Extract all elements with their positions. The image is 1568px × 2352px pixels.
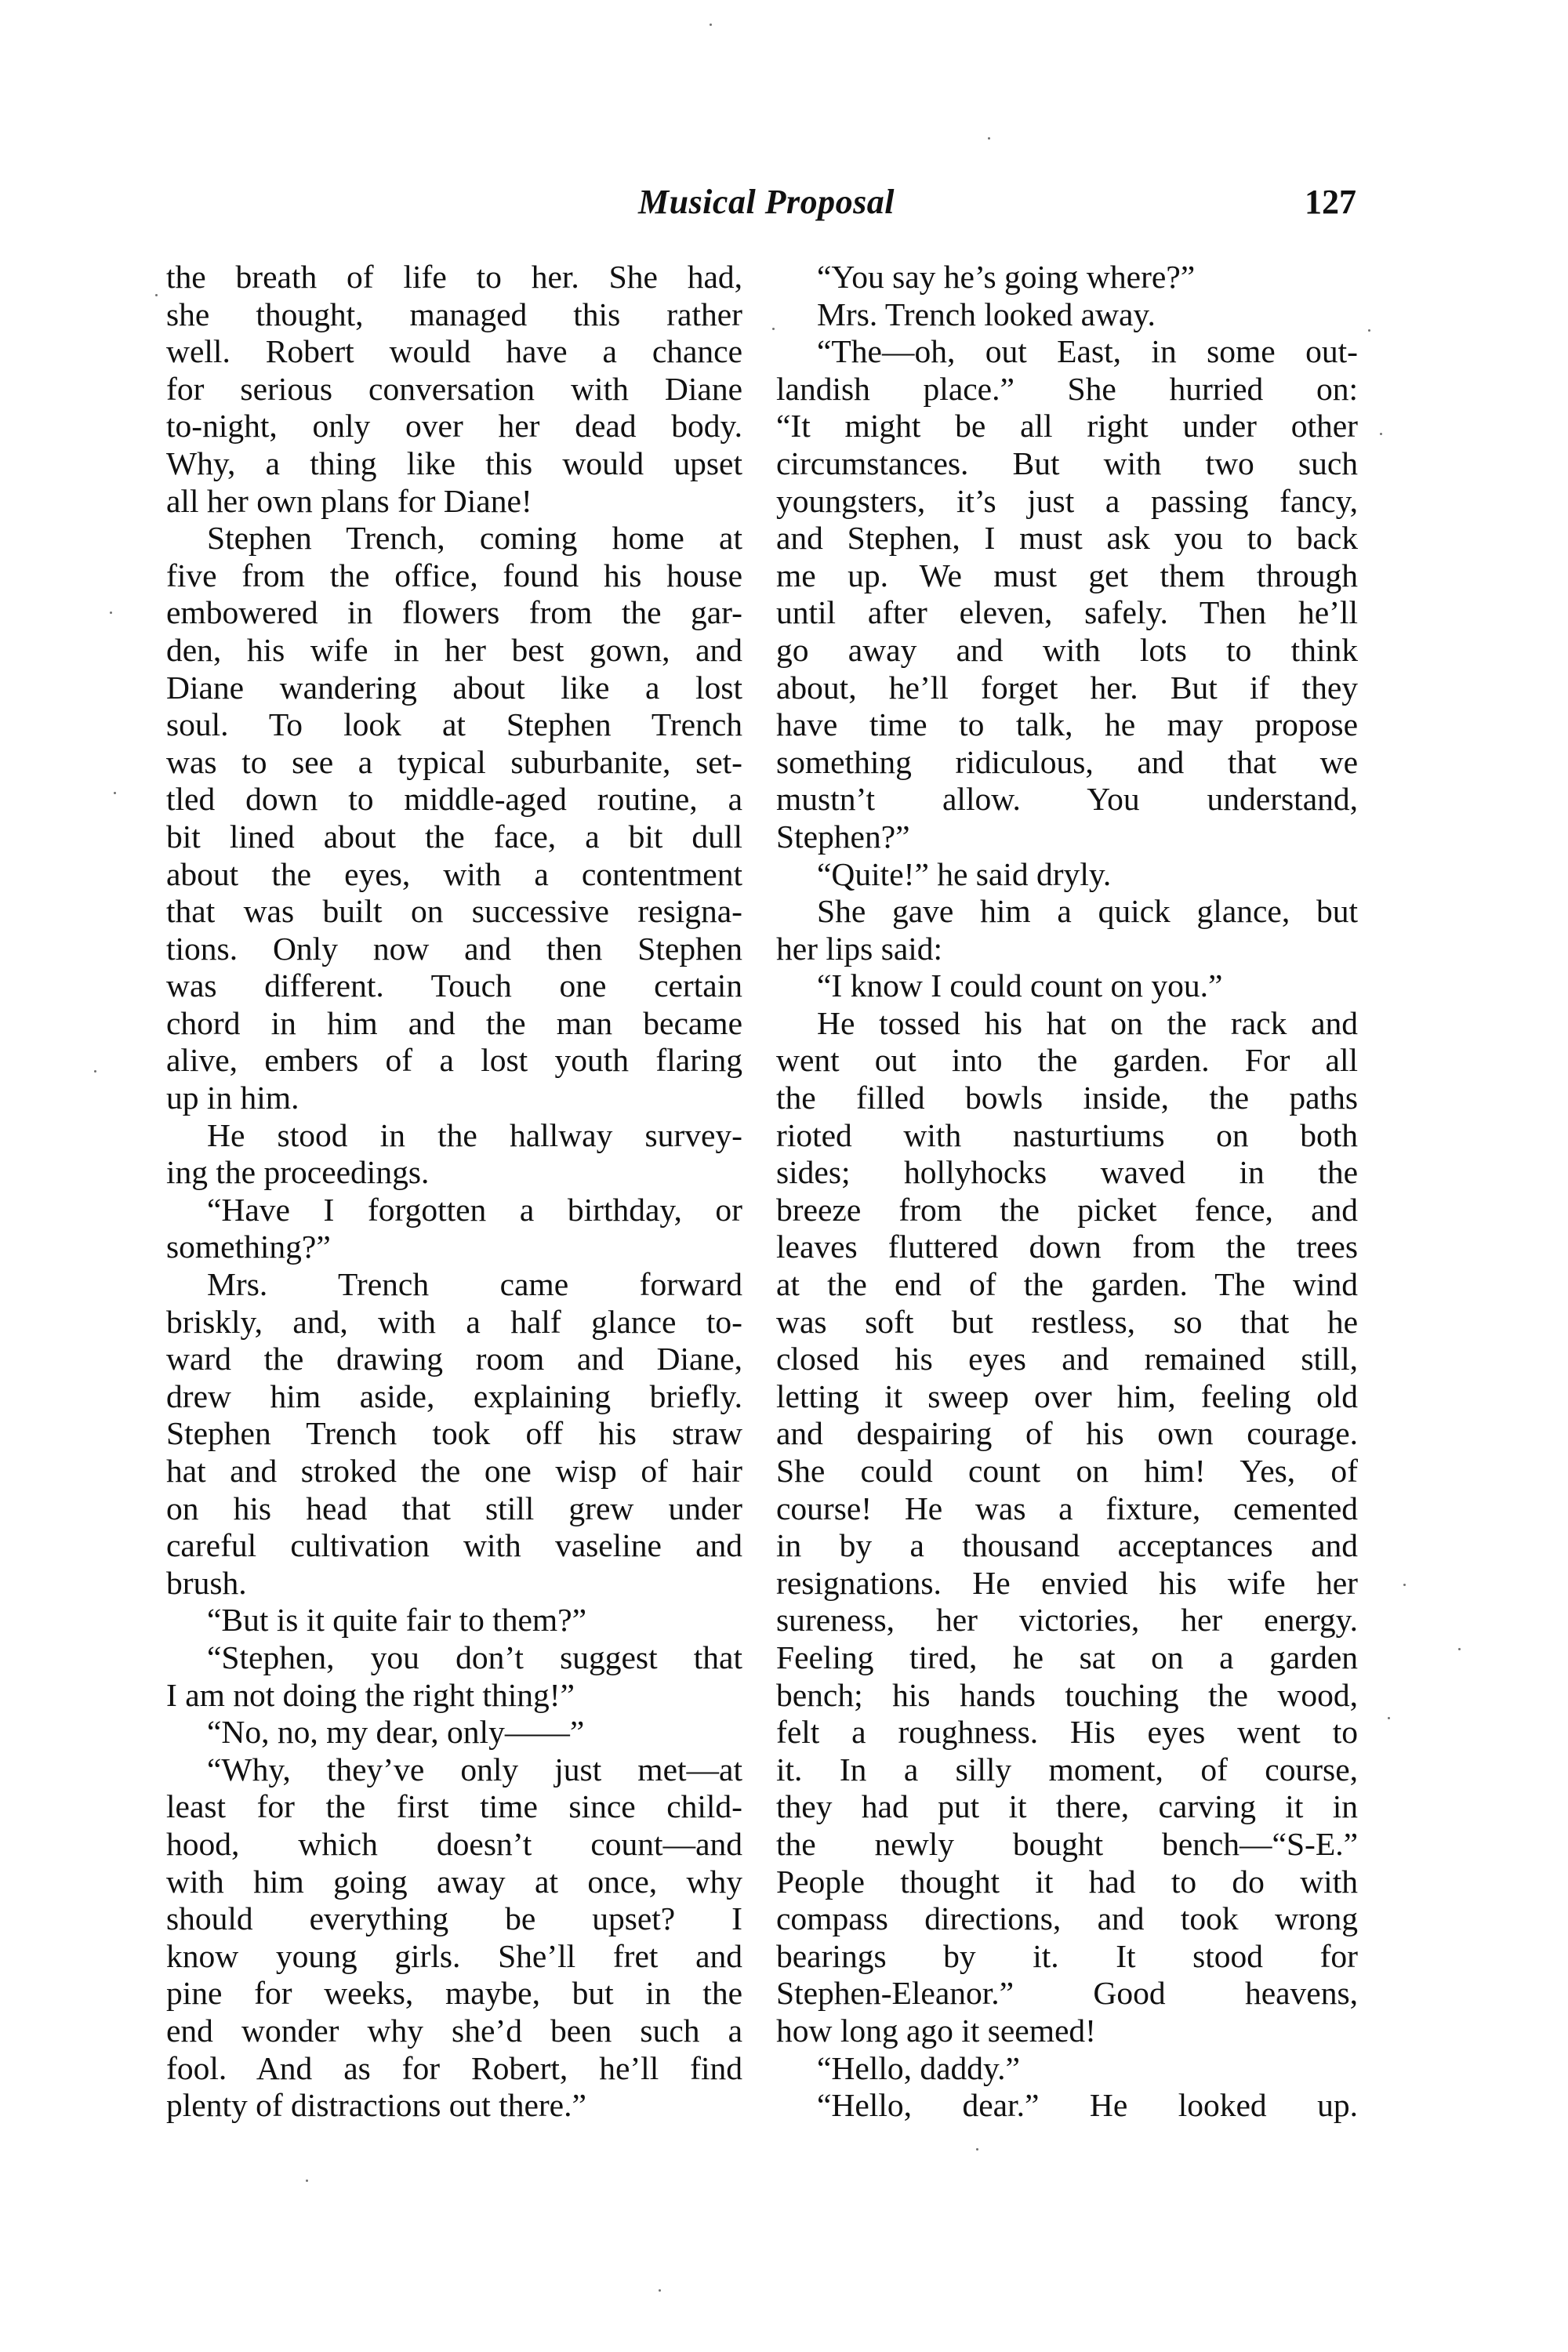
scan-speck — [976, 2148, 978, 2151]
text-line: they had put it there, carving it in — [776, 1788, 1358, 1826]
text-line: how long ago it seemed! — [776, 2013, 1358, 2050]
text-line: and despairing of his own courage. — [776, 1415, 1358, 1453]
text-line: brush. — [166, 1565, 742, 1602]
scan-speck — [1403, 1584, 1406, 1586]
text-line: was different. Touch one certain — [166, 967, 742, 1005]
text-line: chord in him and the man became — [166, 1005, 742, 1043]
scan-speck — [155, 294, 158, 296]
text-line: “I know I could count on you.” — [776, 967, 1358, 1005]
text-line: me up. We must get them through — [776, 557, 1358, 595]
text-line: sureness, her victories, her energy. — [776, 1602, 1358, 1639]
text-line: careful cultivation with vaseline and — [166, 1527, 742, 1565]
scan-speck — [1388, 1717, 1390, 1719]
text-line: until after eleven, safely. Then he’ll — [776, 594, 1358, 632]
text-line: Stephen Trench took off his straw — [166, 1415, 742, 1453]
text-line: “Stephen, you don’t suggest that — [166, 1639, 742, 1677]
text-line: felt a roughness. His eyes went to — [776, 1714, 1358, 1751]
text-line: People thought it had to do with — [776, 1864, 1358, 1901]
text-column-left: the breath of life to her. She had,she t… — [166, 259, 742, 2125]
text-line: She could count on him! Yes, of — [776, 1453, 1358, 1490]
text-line: I am not doing the right thing!” — [166, 1677, 742, 1715]
scan-speck — [988, 137, 990, 140]
text-line: closed his eyes and remained still, — [776, 1341, 1358, 1378]
text-line: should everything be upset? I — [166, 1900, 742, 1938]
text-line: the breath of life to her. She had, — [166, 259, 742, 296]
text-line: Why, a thing like this would upset — [166, 445, 742, 483]
text-line: “Quite!” he said dryly. — [776, 856, 1358, 894]
text-line: resignations. He envied his wife her — [776, 1565, 1358, 1602]
text-line: “Hello, daddy.” — [776, 2050, 1358, 2088]
text-line: about the eyes, with a contentment — [166, 856, 742, 894]
text-line: briskly, and, with a half glance to- — [166, 1304, 742, 1341]
text-line: bearings by it. It stood for — [776, 1938, 1358, 1976]
scan-speck — [94, 1070, 96, 1073]
text-line: in by a thousand acceptances and — [776, 1527, 1358, 1565]
text-line: circumstances. But with two such — [776, 445, 1358, 483]
text-line: plenty of distractions out there.” — [166, 2087, 742, 2125]
scan-speck — [659, 2289, 661, 2292]
text-line: something ridiculous, and that we — [776, 744, 1358, 782]
text-line: hood, which doesn’t count—and — [166, 1826, 742, 1864]
text-line: rioted with nasturtiums on both — [776, 1117, 1358, 1155]
text-line: leaves fluttered down from the trees — [776, 1229, 1358, 1266]
text-line: well. Robert would have a chance — [166, 333, 742, 371]
text-line: “It might be all right under other — [776, 408, 1358, 445]
text-line: youngsters, it’s just a passing fancy, — [776, 483, 1358, 521]
text-line: “You say he’s going where?” — [776, 259, 1358, 296]
text-line: tled down to middle-aged routine, a — [166, 781, 742, 818]
text-line: breeze from the picket fence, and — [776, 1192, 1358, 1229]
text-line: Stephen Trench, coming home at — [166, 520, 742, 557]
text-line: landish place.” She hurried on: — [776, 371, 1358, 408]
text-line: all her own plans for Diane! — [166, 483, 742, 521]
text-line: to-night, only over her dead body. — [166, 408, 742, 445]
text-line: up in him. — [166, 1080, 742, 1117]
text-line: with him going away at once, why — [166, 1864, 742, 1901]
text-line: was to see a typical suburbanite, set- — [166, 744, 742, 782]
text-line: went out into the garden. For all — [776, 1042, 1358, 1080]
text-line: pine for weeks, maybe, but in the — [166, 1975, 742, 2013]
text-line: Stephen?” — [776, 818, 1358, 856]
text-line: that was built on successive resigna- — [166, 893, 742, 931]
text-line: she thought, managed this rather — [166, 296, 742, 334]
text-line: go away and with lots to think — [776, 632, 1358, 670]
scan-speck — [306, 2180, 308, 2182]
text-line: Mrs. Trench looked away. — [776, 296, 1358, 334]
text-line: it. In a silly moment, of course, — [776, 1751, 1358, 1789]
text-line: He stood in the hallway survey- — [166, 1117, 742, 1155]
text-line: know young girls. She’ll fret and — [166, 1938, 742, 1976]
text-line: alive, embers of a lost youth flaring — [166, 1042, 742, 1080]
page-number: 127 — [1305, 182, 1356, 222]
text-line: five from the office, found his house — [166, 557, 742, 595]
text-line: She gave him a quick glance, but — [776, 893, 1358, 931]
text-line: mustn’t allow. You understand, — [776, 781, 1358, 818]
text-line: the newly bought bench—“S-E.” — [776, 1826, 1358, 1864]
text-line: ward the drawing room and Diane, — [166, 1341, 742, 1378]
text-line: least for the first time since child- — [166, 1788, 742, 1826]
text-line: ing the proceedings. — [166, 1154, 742, 1192]
text-line: Stephen-Eleanor.” Good heavens, — [776, 1975, 1358, 2013]
text-line: bit lined about the face, a bit dull — [166, 818, 742, 856]
scan-speck — [772, 328, 775, 330]
text-line: about, he’ll forget her. But if they — [776, 670, 1358, 707]
scan-speck — [110, 612, 112, 614]
text-line: letting it sweep over him, feeling old — [776, 1378, 1358, 1416]
scan-speck — [114, 792, 116, 794]
running-head: Musical Proposal 127 — [169, 182, 1356, 237]
text-line: Feeling tired, he sat on a garden — [776, 1639, 1358, 1677]
text-line: soul. To look at Stephen Trench — [166, 706, 742, 744]
text-line: and Stephen, I must ask you to back — [776, 520, 1358, 557]
text-line: “Why, they’ve only just met—at — [166, 1751, 742, 1789]
scan-speck — [1458, 1648, 1461, 1650]
text-line: “The—oh, out East, in some out- — [776, 333, 1358, 371]
text-line: He tossed his hat on the rack and — [776, 1005, 1358, 1043]
text-line: embowered in flowers from the gar- — [166, 594, 742, 632]
text-line: at the end of the garden. The wind — [776, 1266, 1358, 1304]
text-line: the filled bowls inside, the paths — [776, 1080, 1358, 1117]
text-line: “No, no, my dear, only——” — [166, 1714, 742, 1751]
text-line: for serious conversation with Diane — [166, 371, 742, 408]
text-line: “But is it quite fair to them?” — [166, 1602, 742, 1639]
text-line: her lips said: — [776, 931, 1358, 968]
text-line: Diane wandering about like a lost — [166, 670, 742, 707]
text-line: sides; hollyhocks waved in the — [776, 1154, 1358, 1192]
text-line: “Have I forgotten a birthday, or — [166, 1192, 742, 1229]
scan-speck — [1368, 329, 1370, 332]
text-line: Mrs. Trench came forward — [166, 1266, 742, 1304]
text-line: hat and stroked the one wisp of hair — [166, 1453, 742, 1490]
text-line: on his head that still grew under — [166, 1490, 742, 1528]
text-line: bench; his hands touching the wood, — [776, 1677, 1358, 1715]
running-title: Musical Proposal — [169, 182, 1356, 222]
text-line: compass directions, and took wrong — [776, 1900, 1358, 1938]
text-line: course! He was a fixture, cemented — [776, 1490, 1358, 1528]
text-line: den, his wife in her best gown, and — [166, 632, 742, 670]
scan-speck — [710, 24, 712, 26]
text-line: end wonder why she’d been such a — [166, 2013, 742, 2050]
text-line: have time to talk, he may propose — [776, 706, 1358, 744]
text-line: “Hello, dear.” He looked up. — [776, 2087, 1358, 2125]
text-line: was soft but restless, so that he — [776, 1304, 1358, 1341]
scan-speck — [1380, 433, 1382, 435]
text-line: drew him aside, explaining briefly. — [166, 1378, 742, 1416]
text-column-right: “You say he’s going where?”Mrs. Trench l… — [776, 259, 1358, 2125]
text-line: something?” — [166, 1229, 742, 1266]
text-line: tions. Only now and then Stephen — [166, 931, 742, 968]
text-line: fool. And as for Robert, he’ll find — [166, 2050, 742, 2088]
